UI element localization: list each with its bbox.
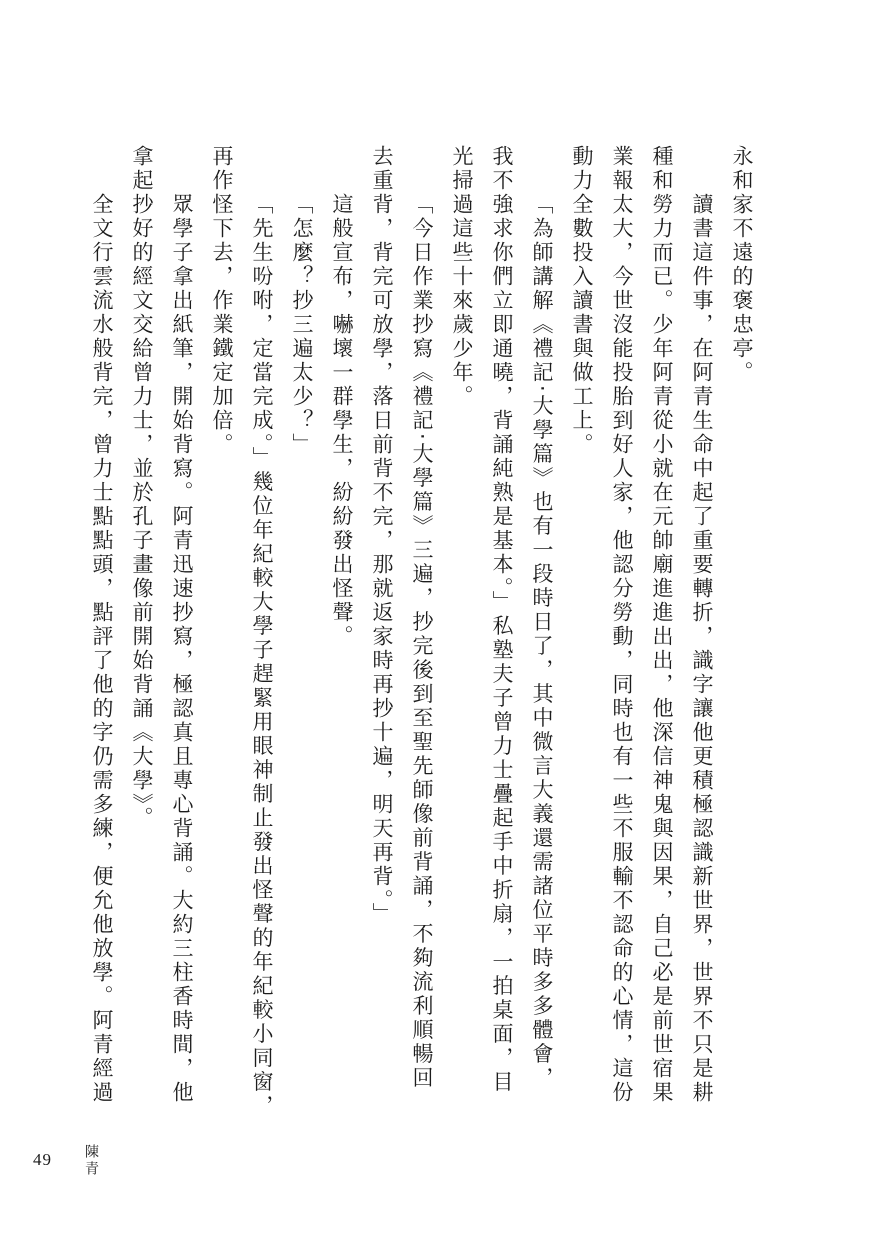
text-column: 全文行雲流水般背完，曾力士點點頭，點評了他的字仍需多練，便允他放學。阿青經過	[82, 145, 122, 1158]
text-column: 「怎麼？抄三遍太少？」	[282, 145, 322, 1158]
text-column: 去重背，背完可放學，落日前背不完，那就返家時再抄十遍，明天再背。」	[362, 145, 402, 1110]
text-column: 我不強求你們立即通曉，背誦純熟是基本。」私塾夫子曾力士疊起手中折扇，一拍桌面，目	[482, 145, 522, 1110]
text-column: 再作怪下去，作業鐵定加倍。	[202, 145, 242, 1110]
text-column: 「今日作業抄寫《禮記‧大學篇》三遍，抄完後到至聖先師像前背誦，不夠流利順暢回	[402, 145, 442, 1158]
page-text-block: 永和家不遠的褒忠亭。讀書這件事，在阿青生命中起了重要轉折，識字讓他更積極認識新世…	[82, 145, 762, 1110]
text-column: 這般宣布，嚇壞一群學生，紛紛發出怪聲。	[322, 145, 362, 1158]
text-column: 「先生吩咐，定當完成。」幾位年紀較大學子趕緊用眼神制止發出怪聲的年紀較小同窗，	[242, 145, 282, 1158]
text-column: 種和勞力而已。少年阿青從小就在元帥廟進進出出，他深信神鬼與因果，自己必是前世宿果	[642, 145, 682, 1110]
text-column: 光掃過這些十來歲少年。	[442, 145, 482, 1110]
text-column: 「為師講解《禮記‧大學篇》也有一段時日了，其中微言大義還需諸位平時多多體會，	[522, 145, 562, 1158]
text-column: 動力全數投入讀書與做工上。	[562, 145, 602, 1110]
text-column: 讀書這件事，在阿青生命中起了重要轉折，識字讓他更積極認識新世界，世界不只是耕	[682, 145, 722, 1158]
running-title: 陳青	[80, 1144, 100, 1178]
text-column: 業報太大，今世沒能投胎到好人家，他認分勞動，同時也有一些不服輸不認命的心情，這份	[602, 145, 642, 1110]
page-number: 49	[33, 1150, 52, 1170]
text-column: 永和家不遠的褒忠亭。	[722, 145, 762, 1110]
text-column: 眾學子拿出紙筆，開始背寫。阿青迅速抄寫，極認真且專心背誦。大約三柱香時間，他	[162, 145, 202, 1158]
book-page: 永和家不遠的褒忠亭。讀書這件事，在阿青生命中起了重要轉折，識字讓他更積極認識新世…	[0, 0, 875, 1241]
text-column: 拿起抄好的經文交給曾力士，並於孔子畫像前開始背誦《大學》。	[122, 145, 162, 1110]
